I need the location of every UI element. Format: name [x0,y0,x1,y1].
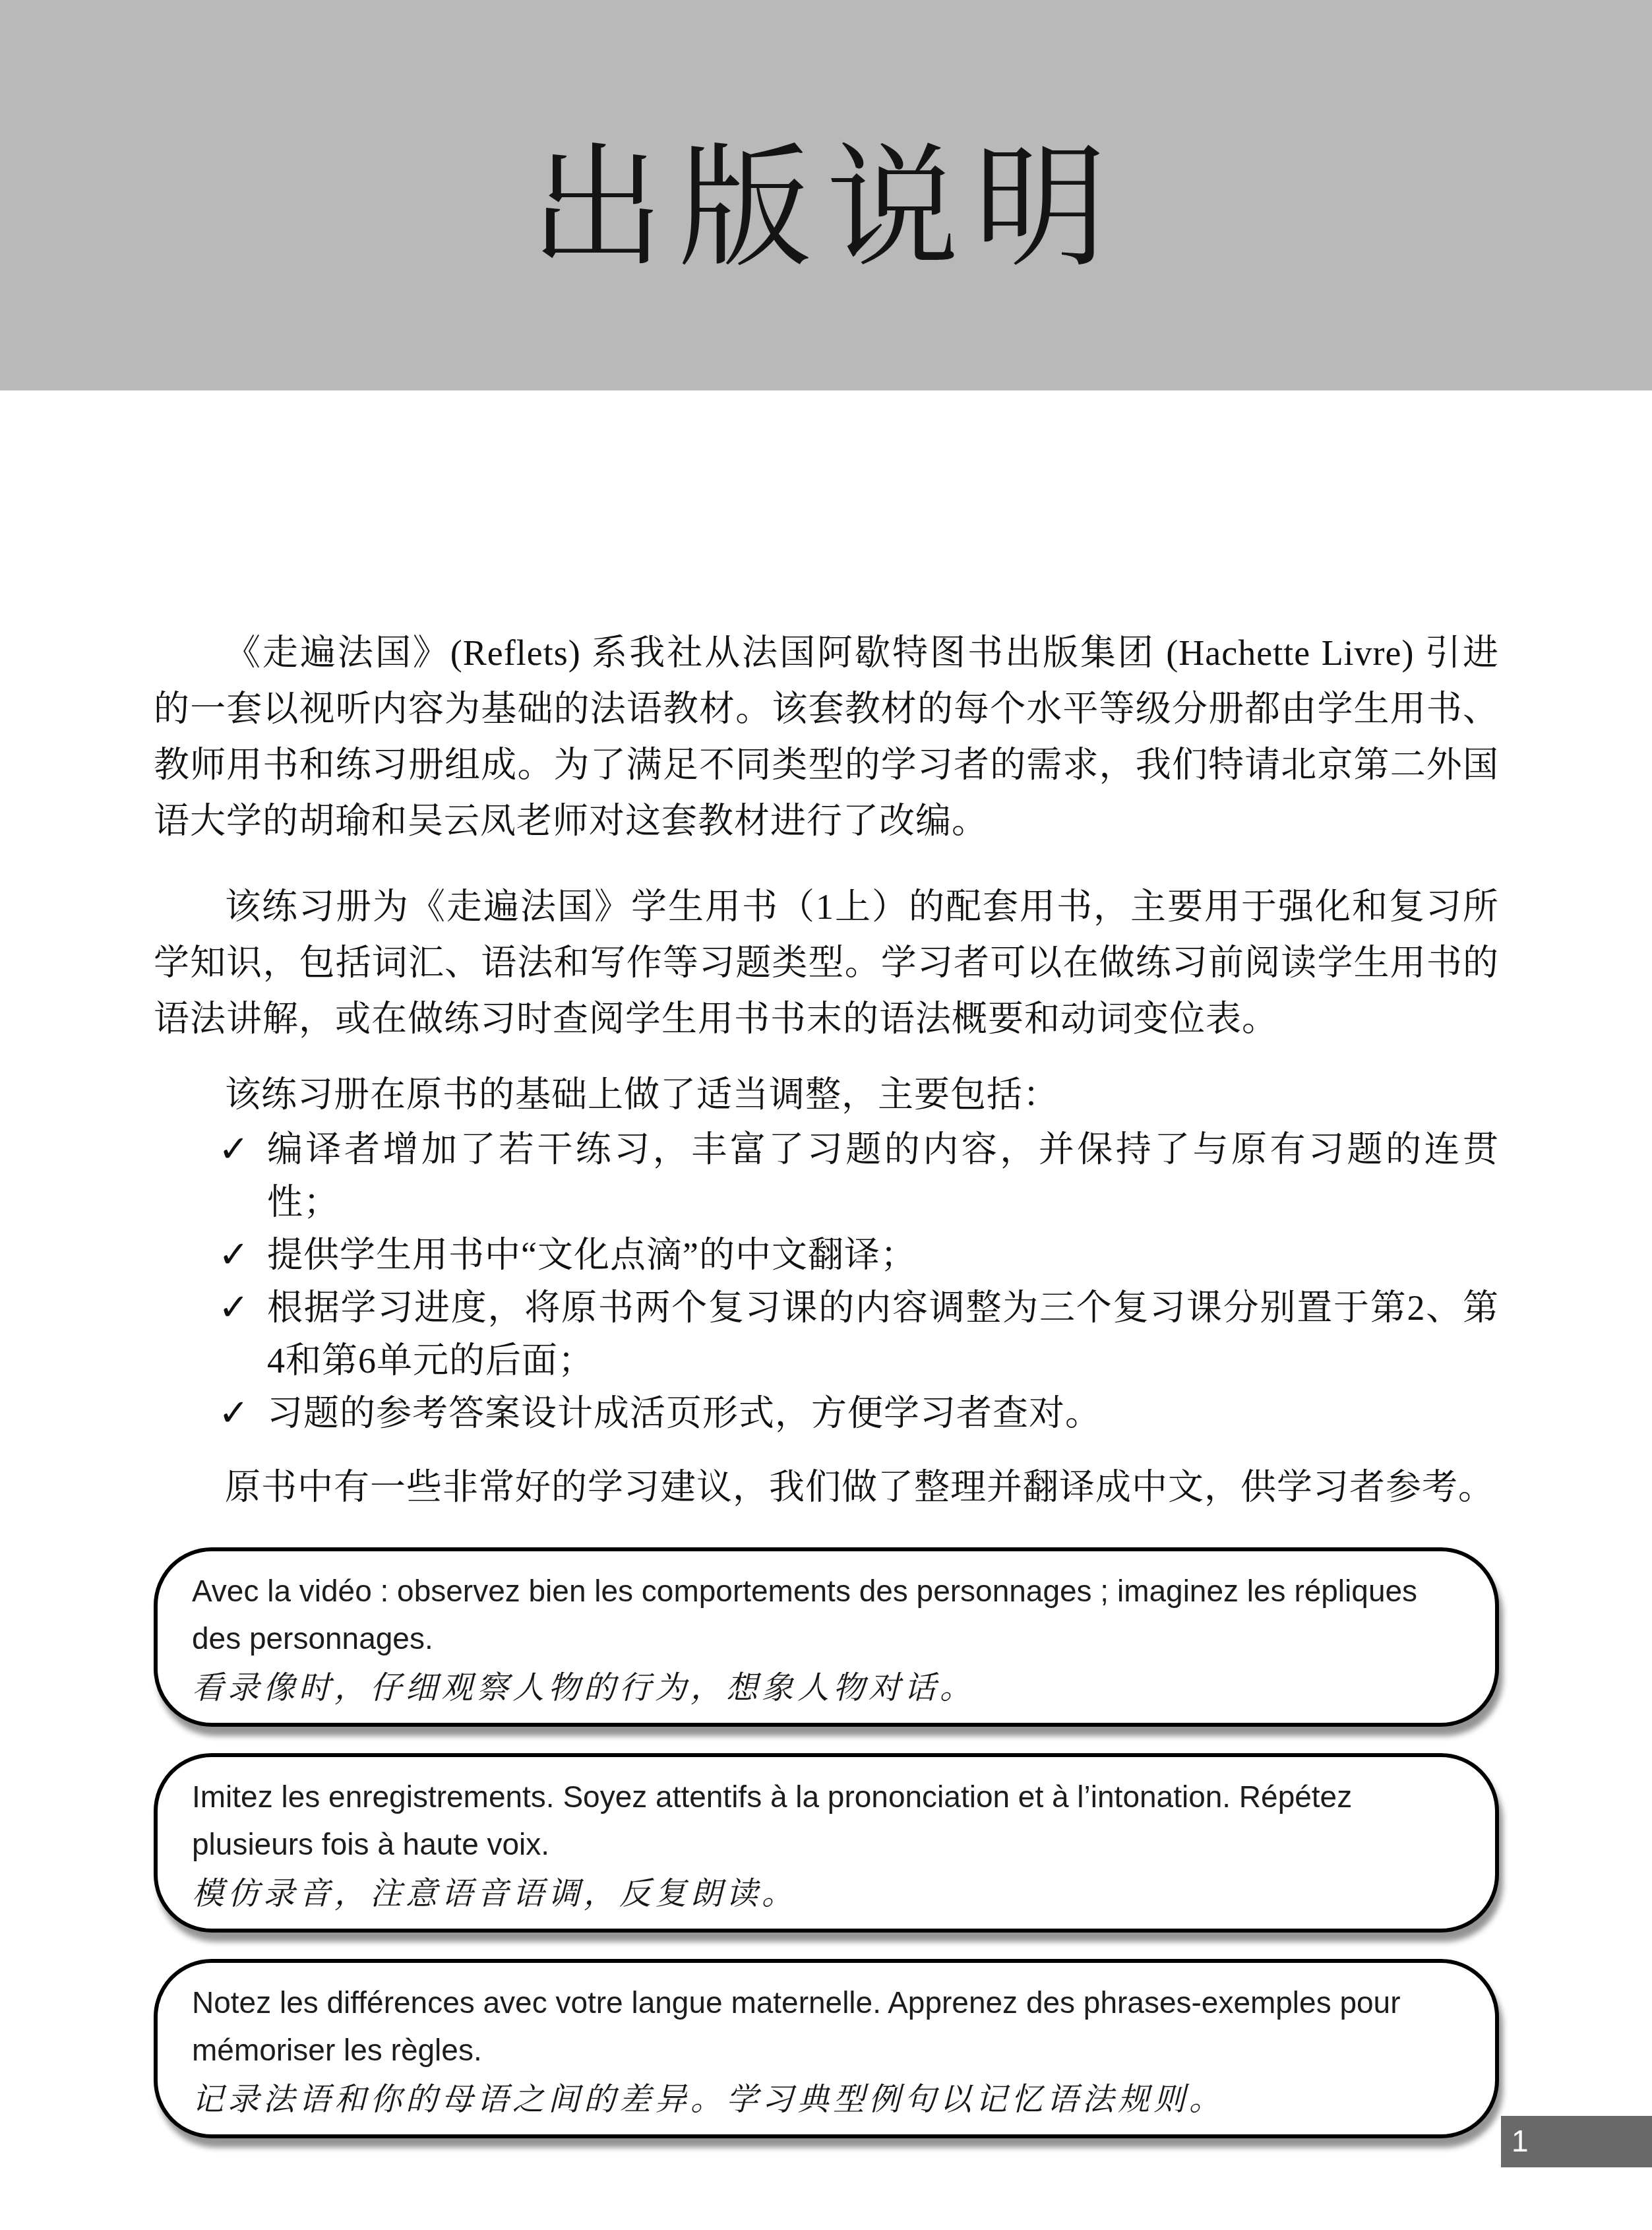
page-number: 1 [1501,2116,1652,2166]
checklist-item-text: 根据学习进度，将原书两个复习课的内容调整为三个复习课分别置于第2、第4和第6单元… [267,1288,1499,1380]
paragraph-introduction: 《走遍法国》(Reflets) 系我社从法国阿歇特图书出版集团 (Hachett… [154,625,1499,850]
tip-french-text: Notez les différences avec votre langue … [192,1979,1461,2074]
page-body: 《走遍法国》(Reflets) 系我社从法国阿歇特图书出版集团 (Hachett… [154,625,1499,2138]
list-intro: 该练习册在原书的基础上做了适当调整，主要包括： [154,1067,1499,1123]
checklist-item: ✓ 习题的参考答案设计成活页形式，方便学习者查对。 [154,1387,1499,1440]
book-page: 出版说明 《走遍法国》(Reflets) 系我社从法国阿歇特图书出版集团 (Ha… [0,0,1652,2230]
checkmark-icon: ✓ [218,1229,250,1282]
tip-bubble-video: Avec la vidéo : observez bien les compor… [154,1547,1499,1727]
page-title: 出版说明 [0,140,1652,278]
checkmark-icon: ✓ [218,1282,250,1334]
checklist-item-text: 编译者增加了若干练习，丰富了习题的内容，并保持了与原有习题的连贯性； [267,1130,1499,1222]
tip-bubble-differences: Notez les différences avec votre langue … [154,1959,1499,2138]
tip-french-text: Imitez les enregistrements. Soyez attent… [192,1773,1461,1868]
checklist-item: ✓ 提供学生用书中“文化点滴”的中文翻译； [154,1229,1499,1282]
title-banner: 出版说明 [0,0,1652,390]
tip-chinese-text: 看录像时，仔细观察人物的行为，想象人物对话。 [192,1666,1461,1711]
checklist-item-text: 习题的参考答案设计成活页形式，方便学习者查对。 [267,1394,1101,1433]
checklist-item: ✓ 编译者增加了若干练习，丰富了习题的内容，并保持了与原有习题的连贯性； [154,1123,1499,1229]
tip-bubble-recordings: Imitez les enregistrements. Soyez attent… [154,1753,1499,1933]
checkmark-icon: ✓ [218,1387,250,1440]
page-number-tab: 1 [1501,2116,1652,2167]
tip-chinese-text: 模仿录音，注意语音语调，反复朗读。 [192,1872,1461,1917]
checklist-item: ✓ 根据学习进度，将原书两个复习课的内容调整为三个复习课分别置于第2、第4和第6… [154,1282,1499,1387]
tip-chinese-text: 记录法语和你的母语之间的差异。学习典型例句以记忆语法规则。 [192,2078,1461,2122]
checklist-item-text: 提供学生用书中“文化点滴”的中文翻译； [267,1235,917,1275]
tip-french-text: Avec la vidéo : observez bien les compor… [192,1567,1461,1662]
paragraph-workbook-description: 该练习册为《走遍法国》学生用书（1上）的配套用书，主要用于强化和复习所学知识，包… [154,879,1499,1047]
paragraph-closing: 原书中有一些非常好的学习建议，我们做了整理并翻译成中文，供学习者参考。 [154,1460,1499,1516]
checkmark-icon: ✓ [218,1123,250,1176]
